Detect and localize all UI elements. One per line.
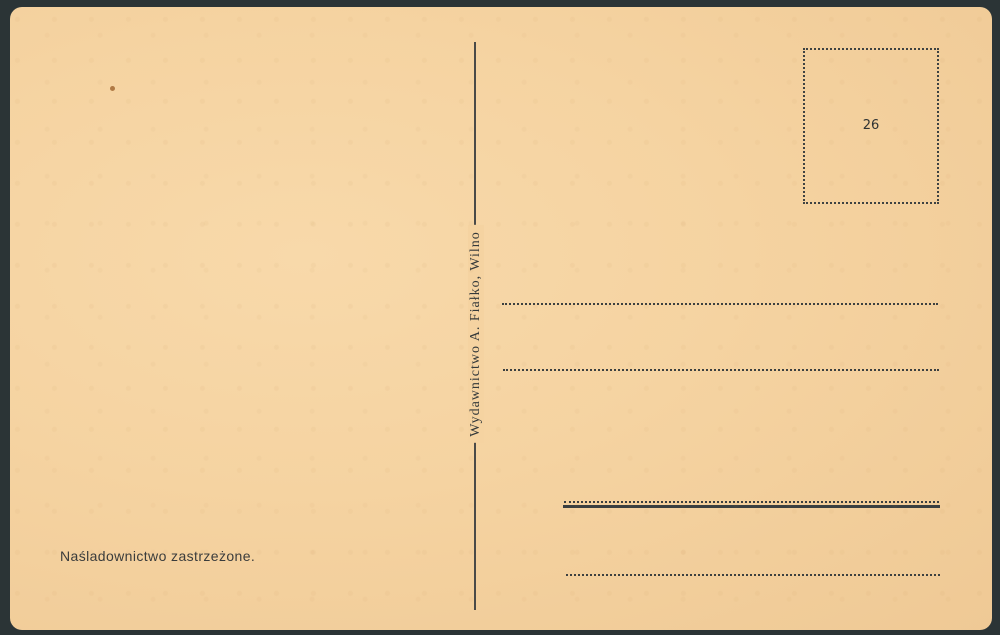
address-line-3 (564, 501, 939, 503)
address-line-4 (566, 574, 940, 576)
postcard-back: Naśladownictwo zastrzeżone. Wydawnictwo … (10, 7, 992, 630)
stamp-box: 26 (803, 48, 939, 204)
address-line-underline (563, 505, 940, 508)
stamp-box-number: 26 (805, 118, 937, 133)
paper-stain (110, 86, 115, 91)
address-line-1 (502, 303, 938, 305)
address-line-2 (503, 369, 939, 371)
copyright-notice: Naśladownictwo zastrzeżone. (60, 548, 255, 564)
publisher-imprint: Wydawnictwo A. Fiałko, Wilno (468, 225, 484, 443)
